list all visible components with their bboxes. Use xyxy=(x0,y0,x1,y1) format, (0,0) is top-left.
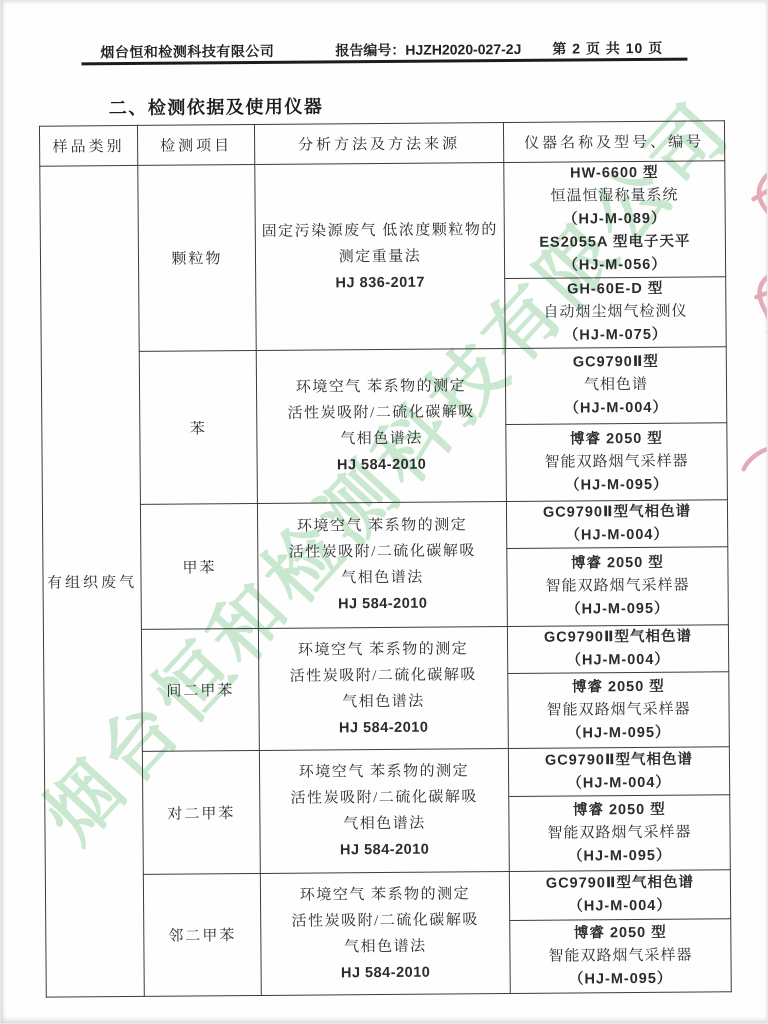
table-row: 甲苯环境空气 苯系物的测定活性炭吸附/二硫化碳解吸气相色谱法HJ 584-201… xyxy=(42,500,727,552)
instrument-cell: GC9790Ⅱ型气相色谱（HJ-M-004） xyxy=(509,870,730,921)
instrument-cell: 博睿 2050 型智能双路烟气采样器（HJ-M-095） xyxy=(510,919,732,994)
test-item-cell: 甲苯 xyxy=(140,503,258,629)
method-cell-line: 测定重量法 xyxy=(258,243,502,271)
table-row: 苯环境空气 苯系物的测定活性炭吸附/二硫化碳解吸气相色谱法HJ 584-2010… xyxy=(41,347,727,428)
instrument-cell-line: 博睿 2050 型 xyxy=(509,551,725,576)
method-cell-line: HJ 584-2010 xyxy=(263,836,507,864)
method-cell: 环境空气 苯系物的测定活性炭吸附/二硫化碳解吸气相色谱法HJ 584-2010 xyxy=(258,627,508,751)
company-name: 烟台恒和检测科技有限公司 xyxy=(100,41,274,62)
instrument-cell-line: 智能双路烟气采样器 xyxy=(512,944,728,969)
method-cell: 环境空气 苯系物的测定活性炭吸附/二硫化碳解吸气相色谱法HJ 584-2010 xyxy=(257,502,507,629)
instrument-cell-line: （HJ-M-004） xyxy=(510,648,726,673)
method-cell-line: 气相色谱法 xyxy=(262,810,506,838)
instrument-cell-line: （HJ-M-004） xyxy=(509,523,725,548)
instrument-cell-line: 智能双路烟气采样器 xyxy=(510,698,726,723)
method-cell-line: HJ 584-2010 xyxy=(264,959,508,987)
method-cell-line: 气相色谱法 xyxy=(263,933,507,961)
instrument-cell: 博睿 2050 型智能双路烟气采样器（HJ-M-095） xyxy=(506,423,728,502)
table-row: 有组织废气颗粒物固定污染源废气 低浓度颗粒物的测定重量法HJ 836-2017H… xyxy=(40,161,726,282)
red-seal-fragment-icon xyxy=(727,147,768,477)
instrument-cell-line: GC9790Ⅱ型气相色谱 xyxy=(511,748,727,773)
header-instrument: 仪器名称及型号、编号 xyxy=(503,121,724,163)
method-cell-line: 固定污染源废气 低浓度颗粒物的 xyxy=(258,217,502,245)
instrument-cell-line: 气相色谱 xyxy=(508,373,724,398)
report-number: 报告编号：HJZH2020-027-2J xyxy=(335,39,521,60)
instrument-cell-line: GC9790Ⅱ型气相色谱 xyxy=(509,500,725,525)
scanned-document: 烟台恒和检测科技有限公司 烟台恒和检测科技有限公司 报告编号：HJZH2020-… xyxy=(0,0,768,1024)
instrument-cell: GC9790Ⅱ型气相色谱（HJ-M-004） xyxy=(506,500,727,549)
method-cell-line: 活性炭吸附/二硫化碳解吸 xyxy=(263,907,507,935)
method-cell-line: 活性炭吸附/二硫化碳解吸 xyxy=(259,399,503,427)
method-cell: 固定污染源废气 低浓度颗粒物的测定重量法HJ 836-2017 xyxy=(255,163,505,351)
instrument-cell: GH-60E-D 型自动烟尘烟气检测仪（HJ-M-075） xyxy=(505,277,727,349)
instrument-cell: 博睿 2050 型智能双路烟气采样器（HJ-M-095） xyxy=(507,547,729,627)
instrument-cell-line: 自动烟尘烟气检测仪 xyxy=(507,300,723,325)
instrument-cell-line: 博睿 2050 型 xyxy=(511,798,727,823)
instrument-cell-line: （HJ-M-004） xyxy=(511,771,727,796)
header-method: 分析方法及方法来源 xyxy=(254,123,503,165)
instrument-cell-line: 博睿 2050 型 xyxy=(512,921,728,946)
instrument-cell-line: 智能双路烟气采样器 xyxy=(511,821,727,846)
page-header: 烟台恒和检测科技有限公司 报告编号：HJZH2020-027-2J 第 2 页 … xyxy=(0,0,764,67)
method-cell-line: 活性炭吸附/二硫化碳解吸 xyxy=(261,662,505,690)
test-item-cell: 邻二甲苯 xyxy=(143,873,261,996)
instrument-cell-line: （HJ-M-095） xyxy=(509,473,725,498)
method-cell-line: HJ 836-2017 xyxy=(258,269,502,297)
instrument-cell: HW-6600 型恒温恒湿称量系统（HJ-M-089）ES2055A 型电子天平… xyxy=(504,161,726,279)
method-cell: 环境空气 苯系物的测定活性炭吸附/二硫化碳解吸气相色谱法HJ 584-2010 xyxy=(256,349,506,504)
instrument-cell-line: （HJ-M-004） xyxy=(512,894,728,919)
header-sample-category: 样品类别 xyxy=(39,125,137,166)
table-row: 间二甲苯环境空气 苯系物的测定活性炭吸附/二硫化碳解吸气相色谱法HJ 584-2… xyxy=(43,625,728,677)
instrument-cell-line: （HJ-M-056） xyxy=(507,253,723,278)
instrument-cell-line: （HJ-M-095） xyxy=(510,597,726,622)
instrument-cell: 博睿 2050 型智能双路烟气采样器（HJ-M-095） xyxy=(509,795,731,872)
instrument-cell: 博睿 2050 型智能双路烟气采样器（HJ-M-095） xyxy=(508,672,730,749)
instrument-cell-line: 智能双路烟气采样器 xyxy=(510,574,726,599)
method-cell-line: 环境空气 苯系物的测定 xyxy=(260,512,504,540)
method-cell-line: 环境空气 苯系物的测定 xyxy=(261,636,505,664)
method-cell-line: 环境空气 苯系物的测定 xyxy=(259,373,503,401)
test-item-cell: 间二甲苯 xyxy=(141,628,259,751)
instrument-cell-line: HW-6600 型 xyxy=(506,161,722,186)
method-cell-line: 环境空气 苯系物的测定 xyxy=(263,881,507,909)
method-cell-line: 活性炭吸附/二硫化碳解吸 xyxy=(262,784,506,812)
table-row: 邻二甲苯环境空气 苯系物的测定活性炭吸附/二硫化碳解吸气相色谱法HJ 584-2… xyxy=(45,870,730,924)
instrument-cell-line: GC9790Ⅱ型 xyxy=(508,350,724,375)
instrument-cell-line: GC9790Ⅱ型气相色谱 xyxy=(512,871,728,896)
instrument-cell-line: （HJ-M-095） xyxy=(512,844,728,869)
table-row: 对二甲苯环境空气 苯系物的测定活性炭吸附/二硫化碳解吸气相色谱法HJ 584-2… xyxy=(44,747,729,800)
instrument-cell-line: （HJ-M-089） xyxy=(507,207,723,232)
method-cell-line: HJ 584-2010 xyxy=(262,714,506,742)
instrument-cell-line: （HJ-M-004） xyxy=(508,396,724,421)
instrument-cell-line: 恒温恒湿称量系统 xyxy=(506,184,722,209)
test-item-cell: 苯 xyxy=(139,350,257,504)
instrument-cell: GC9790Ⅱ型气相色谱（HJ-M-004） xyxy=(508,747,729,797)
instrument-cell-line: （HJ-M-075） xyxy=(508,323,724,348)
instruments-table: 样品类别 检测项目 分析方法及方法来源 仪器名称及型号、编号 有组织废气颗粒物固… xyxy=(39,120,732,997)
method-cell-line: 活性炭吸附/二硫化碳解吸 xyxy=(260,538,504,566)
instrument-cell-line: GC9790Ⅱ型气相色谱 xyxy=(510,625,726,650)
method-cell-line: HJ 584-2010 xyxy=(260,451,504,479)
table-body: 有组织废气颗粒物固定污染源废气 低浓度颗粒物的测定重量法HJ 836-2017H… xyxy=(40,161,732,997)
method-cell: 环境空气 苯系物的测定活性炭吸附/二硫化碳解吸气相色谱法HJ 584-2010 xyxy=(259,749,509,874)
instrument-cell-line: 智能双路烟气采样器 xyxy=(509,450,725,475)
instrument-cell-line: GH-60E-D 型 xyxy=(507,277,723,302)
method-cell-line: 气相色谱法 xyxy=(260,564,504,592)
page-number: 第 2 页 共 10 页 xyxy=(552,38,663,59)
instrument-cell-line: ES2055A 型电子天平 xyxy=(507,230,723,255)
instrument-cell-line: 博睿 2050 型 xyxy=(510,675,726,700)
instrument-cell: GC9790Ⅱ型气相色谱（HJ-M-004） xyxy=(505,347,727,425)
method-cell-line: 气相色谱法 xyxy=(261,688,505,716)
instrument-cell: GC9790Ⅱ型气相色谱（HJ-M-004） xyxy=(507,625,728,674)
test-item-cell: 颗粒物 xyxy=(138,165,256,352)
instrument-cell-line: 博睿 2050 型 xyxy=(508,427,724,452)
method-cell-line: 环境空气 苯系物的测定 xyxy=(262,758,506,786)
method-cell-line: 气相色谱法 xyxy=(259,425,503,453)
section-title: 二、检测依据及使用仪器 xyxy=(109,92,324,120)
table-header: 样品类别 检测项目 分析方法及方法来源 仪器名称及型号、编号 xyxy=(39,121,724,166)
method-cell: 环境空气 苯系物的测定活性炭吸附/二硫化碳解吸气相色谱法HJ 584-2010 xyxy=(260,872,510,996)
header-test-item: 检测项目 xyxy=(137,125,254,166)
instrument-cell-line: （HJ-M-095） xyxy=(511,721,727,746)
instrument-cell-line: （HJ-M-095） xyxy=(513,967,729,992)
sample-category-cell: 有组织废气 xyxy=(40,165,145,997)
test-item-cell: 对二甲苯 xyxy=(142,750,260,874)
table-header-row: 样品类别 检测项目 分析方法及方法来源 仪器名称及型号、编号 xyxy=(39,121,724,166)
method-cell-line: HJ 584-2010 xyxy=(261,590,505,618)
